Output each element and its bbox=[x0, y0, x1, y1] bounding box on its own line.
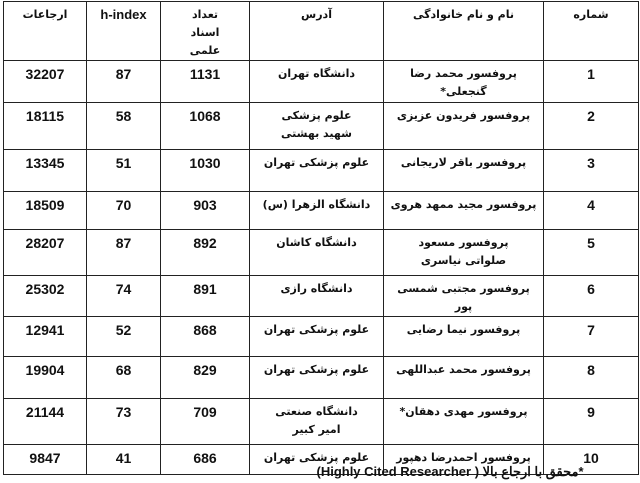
header-rank: شماره bbox=[544, 2, 639, 61]
cell-rank: 9 bbox=[544, 399, 639, 445]
cell-rank: 5 bbox=[544, 230, 639, 276]
cell-rank: 8 bbox=[544, 357, 639, 399]
table-row: 4 پروفسور مجید ممهد هروی دانشگاه الزهرا … bbox=[4, 192, 639, 230]
cell-name: پروفسور محمد عبداللهی bbox=[384, 357, 544, 399]
cell-rank: 4 bbox=[544, 192, 639, 230]
cell-name: پروفسور محمد رضا گنجعلی* bbox=[384, 61, 544, 103]
table-row: 2 پروفسور فریدون عزیزی علوم پزشکی شهید ب… bbox=[4, 103, 639, 150]
cell-affiliation: دانشگاه تهران bbox=[250, 61, 384, 103]
footnote-highly-cited: *محقق با ارجاع بالا ( Highly Cited Resea… bbox=[300, 463, 600, 481]
cell-citations: 12941 bbox=[4, 317, 87, 357]
table-header-row: شماره نام و نام خانوادگی آدرس تعداد اسنا… bbox=[4, 2, 639, 61]
cell-name: پروفسور نیما رضایی bbox=[384, 317, 544, 357]
cell-h-index: 51 bbox=[87, 150, 161, 192]
cell-rank: 7 bbox=[544, 317, 639, 357]
cell-affiliation: علوم پزشکی تهران bbox=[250, 357, 384, 399]
cell-citations: 18509 bbox=[4, 192, 87, 230]
cell-name: پروفسور مجتبی شمسی پور bbox=[384, 276, 544, 317]
cell-affiliation: دانشگاه صنعتی امیر کبیر bbox=[250, 399, 384, 445]
table-row: 6 پروفسور مجتبی شمسی پور دانشگاه رازی 89… bbox=[4, 276, 639, 317]
header-affiliation: آدرس bbox=[250, 2, 384, 61]
cell-documents: 868 bbox=[161, 317, 250, 357]
cell-name: پروفسور مجید ممهد هروی bbox=[384, 192, 544, 230]
cell-documents: 892 bbox=[161, 230, 250, 276]
cell-rank: 1 bbox=[544, 61, 639, 103]
cell-rank: 6 bbox=[544, 276, 639, 317]
cell-h-index: 74 bbox=[87, 276, 161, 317]
table-row: 9 پروفسور مهدی دهقان* دانشگاه صنعتی امیر… bbox=[4, 399, 639, 445]
cell-documents: 1131 bbox=[161, 61, 250, 103]
cell-name: پروفسور باقر لاریجانی bbox=[384, 150, 544, 192]
researchers-table: شماره نام و نام خانوادگی آدرس تعداد اسنا… bbox=[3, 1, 639, 475]
cell-h-index: 41 bbox=[87, 445, 161, 475]
cell-h-index: 58 bbox=[87, 103, 161, 150]
cell-documents: 891 bbox=[161, 276, 250, 317]
table-row: 1 پروفسور محمد رضا گنجعلی* دانشگاه تهران… bbox=[4, 61, 639, 103]
cell-h-index: 52 bbox=[87, 317, 161, 357]
cell-citations: 9847 bbox=[4, 445, 87, 475]
cell-affiliation: دانشگاه الزهرا (س) bbox=[250, 192, 384, 230]
cell-citations: 25302 bbox=[4, 276, 87, 317]
cell-affiliation: دانشگاه رازی bbox=[250, 276, 384, 317]
cell-citations: 32207 bbox=[4, 61, 87, 103]
table-row: 7 پروفسور نیما رضایی علوم پزشکی تهران 86… bbox=[4, 317, 639, 357]
cell-name: پروفسور فریدون عزیزی bbox=[384, 103, 544, 150]
cell-citations: 13345 bbox=[4, 150, 87, 192]
cell-citations: 18115 bbox=[4, 103, 87, 150]
cell-name: پروفسور مهدی دهقان* bbox=[384, 399, 544, 445]
cell-affiliation: علوم پزشکی تهران bbox=[250, 317, 384, 357]
cell-affiliation: علوم پزشکی تهران bbox=[250, 150, 384, 192]
cell-documents: 903 bbox=[161, 192, 250, 230]
cell-h-index: 87 bbox=[87, 230, 161, 276]
cell-documents: 1030 bbox=[161, 150, 250, 192]
cell-rank: 2 bbox=[544, 103, 639, 150]
cell-citations: 21144 bbox=[4, 399, 87, 445]
cell-documents: 709 bbox=[161, 399, 250, 445]
cell-citations: 28207 bbox=[4, 230, 87, 276]
cell-rank: 3 bbox=[544, 150, 639, 192]
table-row: 5 پروفسور مسعود صلواتی نیاسری دانشگاه کا… bbox=[4, 230, 639, 276]
cell-documents: 686 bbox=[161, 445, 250, 475]
header-documents: تعداد اسناد علمی bbox=[161, 2, 250, 61]
cell-h-index: 87 bbox=[87, 61, 161, 103]
cell-documents: 1068 bbox=[161, 103, 250, 150]
table-row: 3 پروفسور باقر لاریجانی علوم پزشکی تهران… bbox=[4, 150, 639, 192]
cell-citations: 19904 bbox=[4, 357, 87, 399]
header-h-index: h-index bbox=[87, 2, 161, 61]
cell-affiliation: علوم پزشکی شهید بهشتی bbox=[250, 103, 384, 150]
table-row: 8 پروفسور محمد عبداللهی علوم پزشکی تهران… bbox=[4, 357, 639, 399]
cell-h-index: 73 bbox=[87, 399, 161, 445]
header-citations: ارجاعات bbox=[4, 2, 87, 61]
cell-documents: 829 bbox=[161, 357, 250, 399]
cell-name: پروفسور مسعود صلواتی نیاسری bbox=[384, 230, 544, 276]
header-name: نام و نام خانوادگی bbox=[384, 2, 544, 61]
cell-h-index: 68 bbox=[87, 357, 161, 399]
cell-affiliation: دانشگاه کاشان bbox=[250, 230, 384, 276]
cell-h-index: 70 bbox=[87, 192, 161, 230]
